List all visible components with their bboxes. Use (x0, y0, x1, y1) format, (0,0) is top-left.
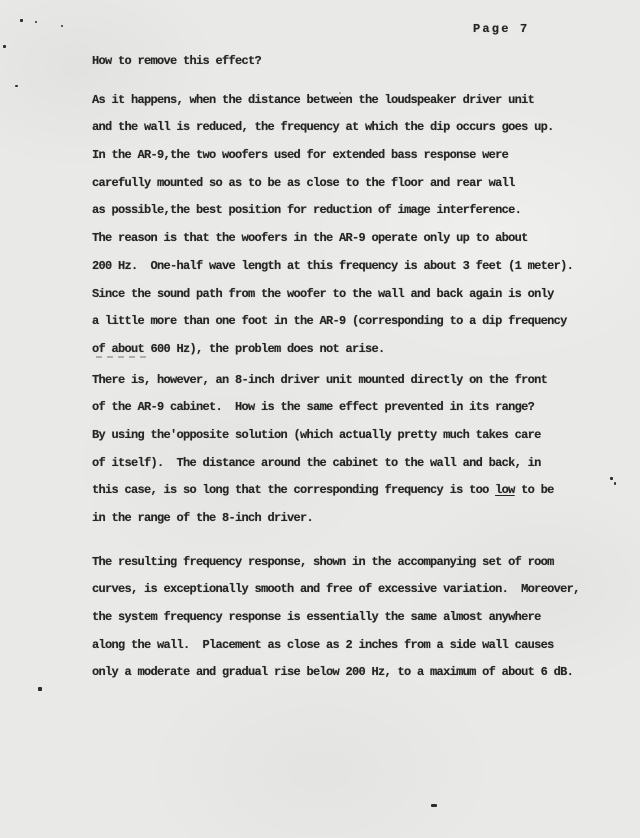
scan-speck (3, 45, 6, 48)
text-line: of itself). The distance around the cabi… (92, 450, 612, 478)
pencil-dash-mark (96, 356, 146, 358)
text-line: curves, is exceptionally smooth and free… (92, 576, 612, 604)
document-question: How to remove this effect? (92, 48, 612, 76)
text-line: carefully mounted so as to be as close t… (92, 170, 612, 198)
text-line: of the AR-9 cabinet. How is the same eff… (92, 394, 612, 422)
text-line: There is, however, an 8-inch driver unit… (92, 367, 612, 395)
scan-speck (15, 85, 18, 87)
text-line: Since the sound path from the woofer to … (92, 281, 612, 309)
scan-speck (610, 477, 613, 480)
paragraphs: As it happens, when the distance between… (92, 87, 612, 687)
text-line: this case, is so long that the correspon… (92, 477, 612, 505)
paragraph-3: The resulting frequency response, shown … (92, 549, 612, 687)
scan-speck (61, 25, 63, 27)
text-line: and the wall is reduced, the frequency a… (92, 114, 612, 142)
scan-speck (431, 804, 437, 807)
text-line: of about 600 Hz), the problem does not a… (92, 336, 612, 364)
text-line: As it happens, when the distance between… (92, 87, 612, 115)
text-line: as possible,the best position for reduct… (92, 197, 612, 225)
scan-speck (20, 19, 23, 22)
page-number: Page 7 (473, 22, 529, 36)
scan-speck (35, 21, 37, 23)
scanned-document-page: Page 7 How to remove this effect? As it … (0, 0, 640, 838)
scan-speck (614, 482, 616, 485)
text-line: in the range of the 8-inch driver. (92, 505, 612, 533)
text-line: along the wall. Placement as close as 2 … (92, 632, 612, 660)
text-line: In the AR-9,the two woofers used for ext… (92, 142, 612, 170)
text-line: a little more than one foot in the AR-9 … (92, 308, 612, 336)
document-body: How to remove this effect? As it happens… (92, 48, 612, 687)
text-line: By using the'opposite solution (which ac… (92, 422, 612, 450)
text-line: 200 Hz. One-half wave length at this fre… (92, 253, 612, 281)
text-line: the system frequency response is essenti… (92, 604, 612, 632)
paragraph-2: There is, however, an 8-inch driver unit… (92, 367, 612, 533)
text-line: The reason is that the woofers in the AR… (92, 225, 612, 253)
text-line: The resulting frequency response, shown … (92, 549, 612, 577)
text-line: only a moderate and gradual rise below 2… (92, 659, 612, 687)
scan-speck (339, 92, 341, 94)
scan-speck (38, 687, 42, 691)
paragraph-1: As it happens, when the distance between… (92, 87, 612, 364)
